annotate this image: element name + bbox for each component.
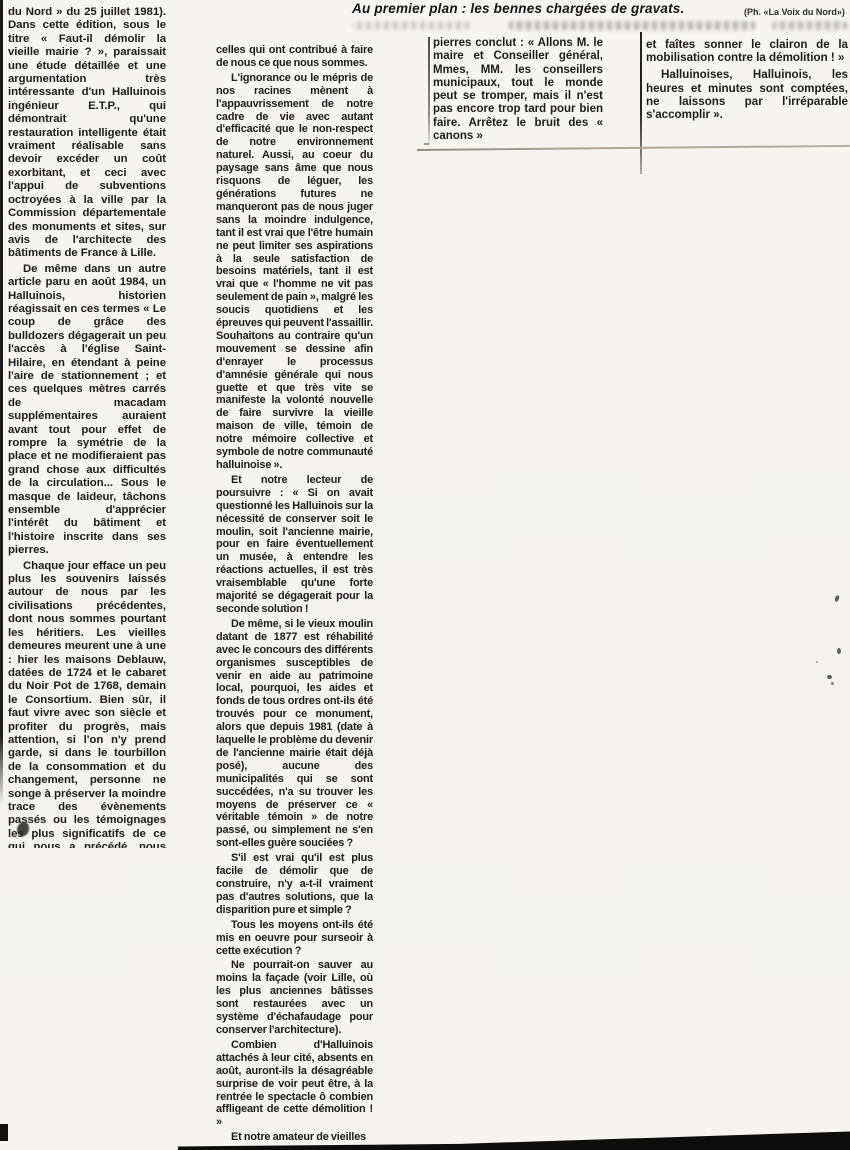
paragraph: S'il est vrai qu'il est plus facile de d… bbox=[216, 852, 373, 917]
ink-speck bbox=[834, 595, 840, 603]
ink-speck bbox=[424, 143, 429, 145]
paragraph: Et notre lecteur de poursuivre : « Si on… bbox=[216, 474, 373, 616]
paragraph: Et notre amateur de vieilles bbox=[216, 1131, 373, 1144]
article-column-2: celles qui ont contribué à faire de nous… bbox=[216, 44, 373, 1146]
paragraph: Chaque jour efface un peu plus les souve… bbox=[8, 560, 166, 848]
paragraph: Ne pourrait-on sauver au moins la façade… bbox=[216, 959, 373, 1036]
ghost-print bbox=[340, 17, 850, 33]
scan-edge-strip bbox=[0, 0, 3, 1150]
article-column-1: du Nord » du 25 juillet 1981). Dans cett… bbox=[8, 6, 166, 848]
paragraph: et faîtes sonner le clairon de la mobili… bbox=[646, 38, 848, 64]
ink-speck bbox=[837, 648, 841, 654]
paragraph: Halluinoises, Halluinois, les heures et … bbox=[646, 68, 848, 121]
scanned-newspaper-page: Au premier plan : les bennes chargées de… bbox=[0, 0, 850, 1150]
paragraph: du Nord » du 25 juillet 1981). Dans cett… bbox=[8, 6, 166, 261]
scan-corner-mark bbox=[0, 1124, 8, 1141]
ghost-print-noise bbox=[772, 21, 848, 30]
ghost-print-noise bbox=[508, 21, 756, 30]
ink-speck bbox=[831, 682, 834, 685]
paragraph: Tous les moyens ont-ils été mis en oeuvr… bbox=[216, 919, 373, 958]
article-column-3: pierres conclut : « Allons M. le maire e… bbox=[433, 37, 603, 149]
ink-speck bbox=[816, 661, 818, 663]
article-column-4: et faîtes sonner le clairon de la mobili… bbox=[646, 38, 848, 150]
ink-speck bbox=[827, 675, 832, 679]
paragraph: Combien d'Halluinois attachés à leur cit… bbox=[216, 1039, 373, 1129]
photo-credit: (Ph. «La Voix du Nord») bbox=[744, 7, 845, 17]
paragraph: celles qui ont contribué à faire de nous… bbox=[216, 44, 373, 70]
paragraph: pierres conclut : « Allons M. le maire e… bbox=[433, 37, 603, 143]
ghost-print-noise bbox=[352, 21, 470, 30]
paragraph: De même, si le vieux moulin datant de 18… bbox=[216, 618, 373, 850]
box-rule-left bbox=[428, 37, 430, 151]
column-divider-rule bbox=[640, 32, 642, 174]
paragraph: De même dans un autre article paru en ao… bbox=[8, 263, 166, 558]
paragraph: L'ignorance ou le mépris de nos racines … bbox=[216, 72, 373, 472]
photo-caption: Au premier plan : les bennes chargées de… bbox=[352, 1, 752, 16]
